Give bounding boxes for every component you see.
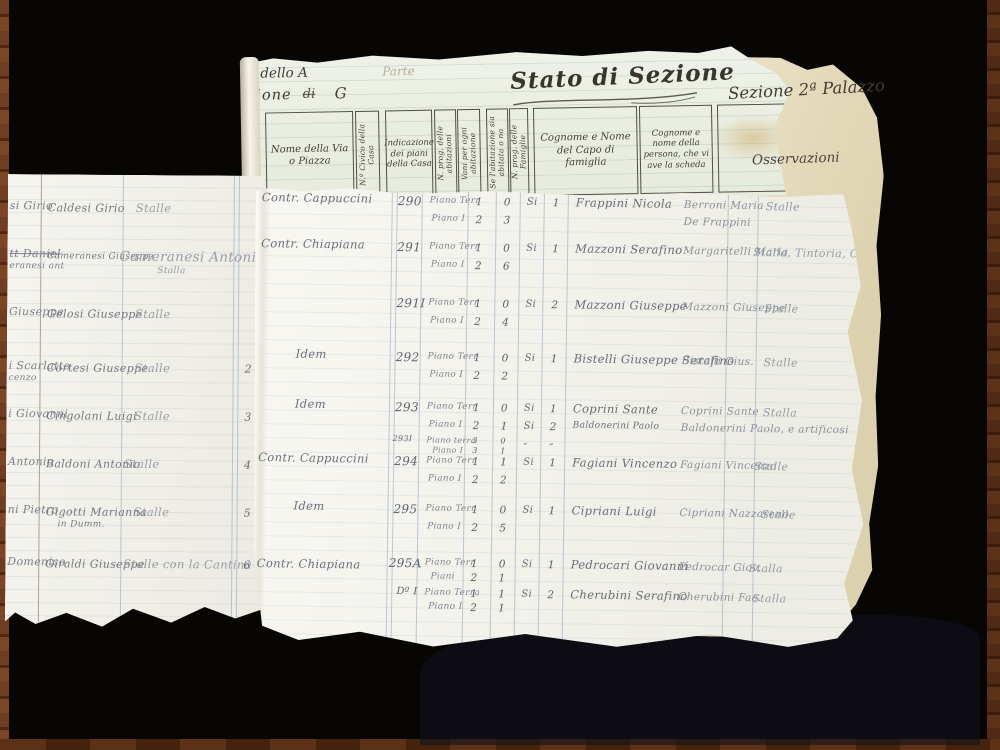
margin-number: 3 (244, 412, 251, 423)
rooms-count: 5 (499, 523, 506, 534)
name-fragment: cenzo (9, 374, 37, 383)
margin-number: 2 (245, 364, 252, 375)
inhabited-mark: Si (525, 300, 536, 310)
street-name: Contr. Chiapiana (261, 238, 365, 251)
rooms-count: 1 (500, 457, 507, 468)
floor-count: 2 (473, 421, 480, 432)
register-row: ni Pietro Gigotti Marianna in Dumm. Stal… (5, 504, 261, 550)
rooms-count: 1 (498, 573, 505, 584)
rooms-count: 6 (503, 261, 510, 272)
section-header-sheet: dello A zione di G Parte Stato di Sezion… (240, 45, 795, 205)
family-number: 2 (550, 422, 557, 433)
column-header-label: Cognome e Nome del Capo di famiglia (536, 131, 635, 170)
resident-name: Gelosi Giuseppe (47, 308, 143, 320)
head-of-family-name: Cherubini Serafino (570, 589, 687, 602)
floor-count: 1 (474, 299, 481, 310)
observation-note: Stalle (136, 203, 172, 215)
column-header-person: Cognome e nome della persona, che vi ave… (639, 105, 714, 194)
rooms-count: 0 (502, 353, 509, 364)
register-row: i Scarlatto cenzo Cortesi Giuseppe Stall… (6, 360, 262, 406)
census-row: Contr. Chiapiana 291 Piano Terr 1 Piano … (255, 238, 868, 291)
head-of-family-name: Coprini Sante (573, 403, 658, 416)
inhabited-mark: Si (523, 458, 534, 468)
head-of-family-name: Frappini Nicola (576, 197, 673, 210)
column-header-label: Vani per ogni abitazione (460, 112, 479, 194)
floor-label: Piano terra (426, 436, 476, 445)
page-title-text: Stato di Sezione (510, 58, 736, 95)
floor-label: Piano I (429, 420, 463, 429)
register-row: Antonio Baldoni Antonio Stalle 4 (6, 456, 262, 502)
head-of-family-name: Fagiani Vincenzo (572, 457, 677, 470)
floor-count: 3 (472, 437, 478, 445)
register-row: i Giovanni Cingolani Luigi Stalle 3 (6, 408, 262, 454)
floor-count: 2 (470, 603, 477, 614)
floor-label: Piano I (431, 260, 465, 269)
house-number: 294 (394, 455, 418, 467)
inhabited-mark: Si (521, 590, 532, 600)
house-number: 290 (398, 195, 422, 207)
name-fragment: si Girio (10, 200, 53, 211)
rooms-count: 3 (503, 215, 510, 226)
column-header-label: N. prog. delle Famiglie (510, 111, 529, 193)
house-number: 292 (396, 351, 420, 363)
census-row: Idem 292 Piano Terr 1 Piano I 2 0 2 Si 1… (253, 348, 866, 401)
floor-count: 1 (470, 589, 477, 600)
family-number: 1 (550, 404, 557, 415)
column-header-street: Nome della Via o Piazza (265, 111, 355, 201)
register-row: Giuseppe Gelosi Giuseppe Stalle (7, 306, 263, 352)
house-number: 293 (395, 401, 419, 413)
floor-label: Piano I (431, 214, 465, 223)
house-number: Dº I (396, 587, 417, 597)
rooms-count: 0 (499, 559, 506, 570)
floor-count: 1 (475, 243, 482, 254)
inhabited-mark: Si (524, 422, 535, 432)
observation-note: Stalle (135, 363, 171, 375)
margin-number: 4 (244, 460, 251, 471)
census-row: Dº I Piano Terra 1 Piano I 2 1 1 Si 2 Ch… (250, 584, 863, 637)
rooms-count: 0 (499, 505, 506, 516)
rooms-count: 1 (500, 447, 506, 455)
floor-label: Piano Terr (429, 242, 479, 251)
rooms-count: 2 (501, 371, 508, 382)
column-header-label: Cognome e nome della persona, che vi ave… (642, 128, 710, 172)
observation-note: Stalla (763, 407, 797, 418)
street-name: Contr. Cappuccini (262, 192, 373, 205)
photograph-of-census-register: dello A zione di G Parte Stato di Sezion… (0, 0, 1000, 750)
margin-number: 6 (243, 560, 250, 571)
observations-column-label: Osservazioni (752, 149, 840, 168)
observation-note: Stalle (754, 461, 788, 472)
street-name: Contr. Chiapiana (257, 558, 361, 571)
house-number: 293I (392, 435, 412, 443)
observation-note: Stalle (134, 411, 170, 423)
column-header-inhabited: Se l'abitazione sia abitata o no (486, 108, 510, 196)
floor-label: Piano I (430, 316, 464, 325)
inhabited-mark: Si (526, 244, 537, 254)
floor-label: Piano Terr (428, 298, 478, 307)
head-of-family-name: Mazzoni Serafino (575, 243, 682, 256)
floor-count: 2 (472, 475, 479, 486)
floor-label: Piano Terr (425, 558, 475, 567)
floor-count: 2 (474, 317, 481, 328)
observation-note: Stalla (752, 593, 786, 604)
rooms-count: 4 (502, 317, 509, 328)
census-row: 291I Piano Terr 1 Piano I 2 0 4 Si 2 Maz… (254, 294, 867, 347)
family-number: 1 (548, 560, 555, 571)
person-name: Cherubini Fac. (678, 592, 761, 604)
name-fragment: eranesi ant (9, 262, 64, 271)
floor-count: 2 (471, 523, 478, 534)
register-row: tt Daniel eranesi ant Cameranesi Giusepp… (7, 248, 263, 294)
floor-count: 1 (476, 197, 483, 208)
register-row: si Girio Caldesi Girio Stalle (8, 200, 264, 246)
person-name: De Frappini (683, 217, 750, 228)
observation-note: Stalle (766, 201, 800, 212)
floor-label: Piano I (427, 522, 461, 531)
family-number: 1 (551, 354, 558, 365)
floor-count: 2 (475, 215, 482, 226)
rooms-count: 1 (498, 589, 505, 600)
observation-note: Stalle (124, 459, 160, 471)
house-number: 291I (396, 297, 425, 309)
family-number: „ (549, 438, 554, 446)
resident-name: Cingolani Luigi (46, 410, 137, 422)
column-header-label: N.º Civico della Casa (358, 114, 377, 196)
column-header-house-number: N.º Civico della Casa (355, 111, 381, 199)
resident-name: in Dumm. (58, 520, 105, 529)
floor-label: Piano Terr (426, 456, 476, 465)
floor-count: 2 (475, 261, 482, 272)
pencil-note: Parte (382, 64, 415, 79)
census-row: Idem 295 Piano Terr 1 Piano I 2 0 5 Si 1… (251, 500, 864, 553)
floor-count: 1 (473, 403, 480, 414)
floor-count: 1 (471, 559, 478, 570)
observation-note: Cameranesi Antonio (119, 251, 264, 266)
floor-count: 1 (472, 457, 479, 468)
column-header-label: Nome della Via o Piazza (269, 143, 351, 169)
floor-label: Piano I (428, 602, 463, 611)
rooms-count: 0 (501, 403, 508, 414)
column-header-family-number: N. prog. delle Famiglie (509, 108, 530, 196)
column-header-head-of-family: Cognome e Nome del Capo di famiglia (533, 106, 639, 196)
floor-label: Piano Terr (430, 196, 480, 205)
floor-label: Piano I (429, 370, 463, 379)
floor-count: 1 (474, 353, 481, 364)
observation-note: Stalle (764, 357, 798, 368)
rooms-count: 1 (498, 603, 505, 614)
family-number: 1 (548, 506, 555, 517)
section-letter: G (335, 84, 347, 102)
resident-name: Gigotti Marianna (46, 506, 147, 518)
margin-number: 5 (244, 508, 251, 519)
floor-label: Piani (430, 572, 454, 581)
observation-note: Stalle (764, 303, 798, 314)
left-register-page: si Girio Caldesi Girio Stalle tt Daniel … (5, 174, 264, 628)
family-number: 1 (553, 198, 560, 209)
floor-count: 3 (472, 447, 478, 455)
head-of-family-name: Cipriani Luigi (571, 505, 656, 518)
street-name: Idem (295, 399, 326, 411)
rooms-count: 0 (504, 197, 511, 208)
family-number: 2 (547, 590, 554, 601)
family-number: 1 (552, 244, 559, 255)
rooms-count: 2 (500, 475, 507, 486)
floor-label: Piano Terr (427, 402, 477, 411)
floor-label: Piano Terr (428, 352, 478, 361)
inhabited-mark: Si (527, 198, 538, 208)
rooms-count: 0 (503, 243, 510, 254)
floor-count: 2 (473, 371, 480, 382)
floor-label: Piano I (428, 474, 462, 483)
register-row: Domenico Giraldi Giuseppe Stalle con la … (5, 556, 261, 602)
observation-note: Stalla (157, 267, 185, 276)
census-row: Contr. Cappuccini 294 Piano Terr 1 Piano… (252, 452, 865, 505)
observation-note: Stalle (135, 309, 171, 321)
wood-table-edge-right (987, 0, 1000, 750)
column-header-label: N. prog. delle abitazioni (436, 112, 455, 194)
observation-note: Stalle (134, 507, 170, 519)
house-number: 291 (397, 241, 421, 253)
column-header-floors: Indicazione dei piani della Casa (385, 110, 434, 199)
person-name: Bistelli Gius. (682, 356, 755, 368)
column-header-rooms: Vani per ogni abitazione (457, 109, 482, 197)
column-header-label: Indicazione dei piani della Casa (384, 138, 434, 171)
house-number: 295 (393, 503, 417, 515)
head-of-family-name: Pedrocari Giovanni (571, 559, 689, 572)
rooms-count: 1 (501, 421, 508, 432)
observation-note: Stalle con la Cantina (123, 559, 252, 571)
floor-count: 1 (471, 505, 478, 516)
street-name: Contr. Cappuccini (258, 452, 369, 465)
street-name: Idem (296, 349, 327, 361)
section-label-crossed-out: di (303, 87, 316, 102)
floor-label: Piano Terr (425, 504, 475, 513)
observation-note: Stalle (761, 509, 795, 520)
street-name: Idem (293, 501, 324, 513)
resident-name: Cortesi Giuseppe (47, 362, 149, 374)
person-name: Coprini Sante (681, 406, 759, 418)
resident-name: Caldesi Girio (48, 202, 125, 214)
floor-count: 2 (470, 573, 477, 584)
inhabited-mark: Si (522, 560, 533, 570)
head-of-family-name: Baldonerini Paolo (573, 421, 660, 431)
rooms-count: 0 (502, 299, 509, 310)
column-header-dwelling-number: N. prog. delle abitazioni (434, 109, 458, 197)
family-number: 2 (551, 300, 558, 311)
person-name: Berroni Maria (684, 200, 764, 212)
observation-note: Stalla (749, 563, 783, 574)
inhabited-mark: Si (522, 506, 533, 516)
inhabited-mark: Si (525, 354, 536, 364)
house-number: 295A (389, 557, 422, 569)
family-number: 1 (549, 458, 556, 469)
model-label: dello A (260, 65, 308, 82)
person-name: Baldonerini Paolo, e artificosi (681, 423, 849, 436)
rooms-count: 0 (500, 437, 506, 445)
head-of-family-name: Mazzoni Giuseppe (574, 299, 687, 312)
column-header-label: Se l'abitazione sia abitata o no (488, 111, 507, 193)
main-census-page: Contr. Cappuccini 290 Piano Terr 1 Piano… (250, 186, 868, 653)
inhabited-mark: „ (523, 438, 528, 446)
inhabited-mark: Si (524, 404, 535, 414)
